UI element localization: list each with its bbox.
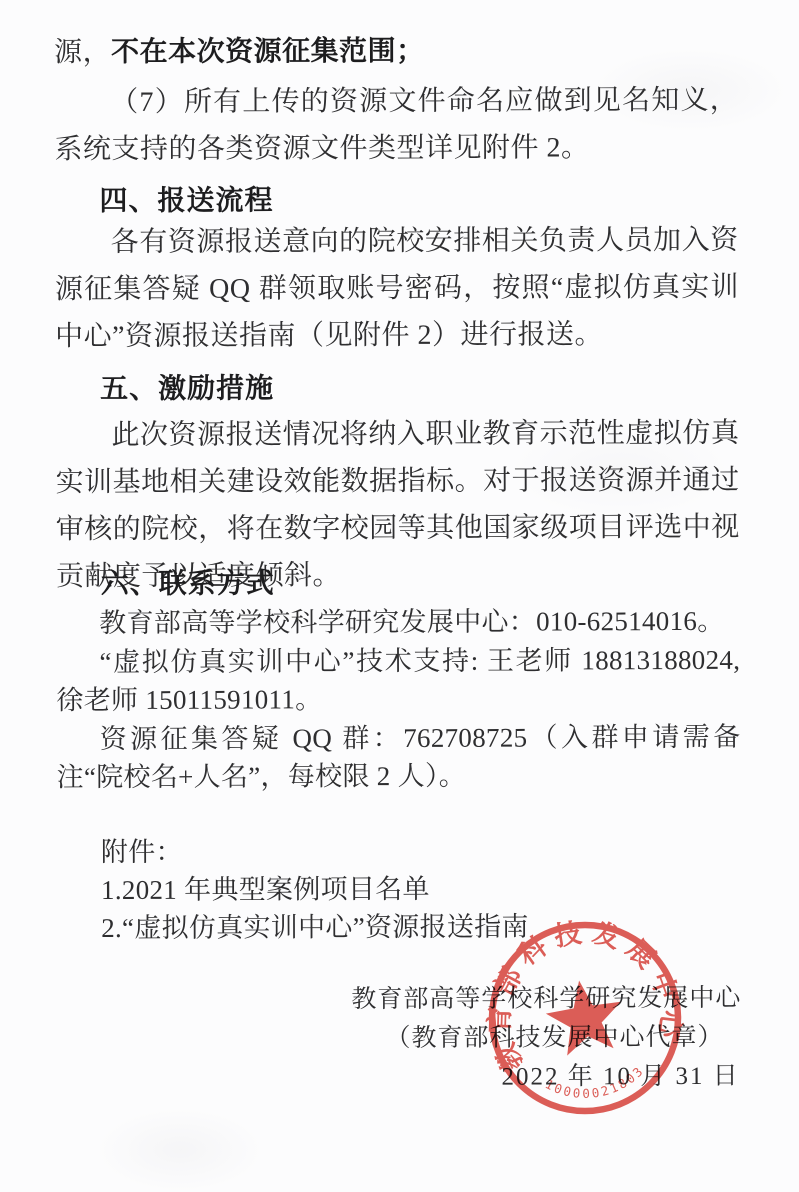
contact-line-tech-support: “虚拟仿真实训中心”技术支持: 王老师 18813188024, 徐老师 150…	[56, 640, 740, 719]
section-heading-submission-process: 四、报送流程	[55, 182, 739, 218]
scanned-document-page: 源，不在本次资源征集范围； （7）所有上传的资源文件命名应做到见名知义，系统支持…	[0, 0, 799, 1192]
attachment-item-1: 1.2021 年典型案例项目名单	[101, 869, 785, 909]
continuation-normal-text: 源，	[54, 37, 111, 68]
contact-line-qq-group: 资源征集答疑 QQ 群：762708725（入群申请需备注“院校名+人名”，每校…	[56, 717, 740, 796]
paragraph-item7: （7）所有上传的资源文件命名应做到见名知义，系统支持的各类资源文件类型详见附件 …	[54, 77, 738, 173]
continuation-bold-text: 不在本次资源征集范围；	[111, 35, 425, 67]
contact-line-center-phone: 教育部高等学校科学研究发展中心：010-62514016。	[56, 602, 740, 643]
attachments-list: 附件： 1.2021 年典型案例项目名单 2.“虚拟仿真实训中心”资源报送指南	[57, 831, 785, 948]
signature-seal-note: （教育部科技发展中心代章）	[57, 1018, 741, 1059]
paragraph-submission-process: 各有资源报送意向的院校安排相关负责人员加入资源征集答疑 QQ 群领取账号密码，按…	[55, 217, 739, 360]
section-heading-contact: 六、联系方式	[56, 565, 740, 601]
contact-list: 教育部高等学校科学研究发展中心：010-62514016。 “虚拟仿真实训中心”…	[56, 602, 741, 797]
document-body: 源，不在本次资源征集范围； （7）所有上传的资源文件命名应做到见名知义，系统支持…	[0, 0, 799, 1192]
signature-organization: 教育部高等学校科学研究发展中心	[57, 979, 741, 1020]
signature-block: 教育部高等学校科学研究发展中心 （教育部科技发展中心代章） 2022 年 10 …	[57, 979, 741, 1098]
attachment-item-2: 2.“虚拟仿真实训中心”资源报送指南	[101, 907, 785, 947]
attachments-label: 附件：	[101, 831, 785, 871]
continuation-line: 源，不在本次资源征集范围；	[54, 33, 738, 70]
signature-date: 2022 年 10 月 31 日	[58, 1057, 742, 1098]
section-heading-incentives: 五、激励措施	[55, 370, 739, 406]
